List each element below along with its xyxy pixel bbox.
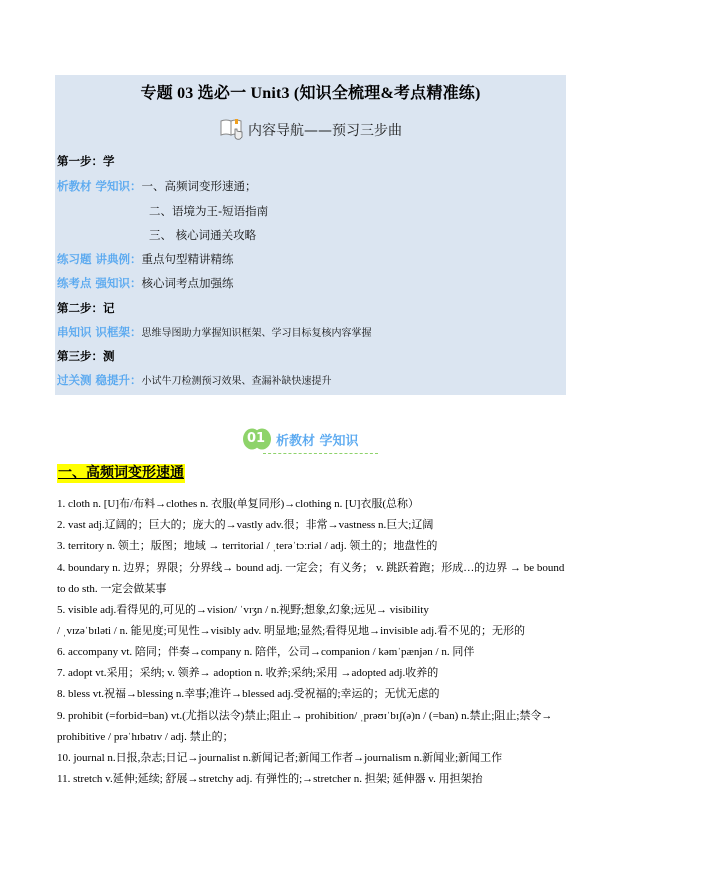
nav-text-1: 一、高频词变形速通；: [142, 179, 257, 193]
nav-label-6: 串知识 识框架：: [57, 325, 142, 339]
navigation-box: 专题 03 选必一 Unit3 (知识全梳理&考点精准练) 内容导航——预习三步…: [55, 75, 566, 395]
nav-label-1: 析教材 学知识：: [57, 179, 142, 193]
step-3-label: 第三步：测: [57, 349, 115, 363]
nav-row-6: 串知识 识框架：思维导图助力掌握知识框架、学习目标复核内容掌握: [57, 324, 372, 340]
highlighted-heading: 一、高频词变形速通: [57, 464, 185, 483]
nav-text-4: 重点句型精讲精练: [142, 252, 234, 266]
vocab-line: 8. bless vt.祝福→blessing n.幸事;准许→blessed …: [57, 685, 440, 701]
section-title: 析教材 学知识: [276, 430, 359, 449]
vocab-line: 7. adopt vt.采用；采纳; v. 领养→ adoption n. 收养…: [57, 664, 438, 680]
nav-subtitle: 内容导航——预习三步曲: [55, 116, 566, 144]
vocab-line: 9. prohibit (=forbid=ban) vt.(尤指以法令)禁止;阻…: [57, 707, 552, 723]
nav-text-3: 三、 核心词通关攻略: [149, 228, 256, 242]
section-dash-divider: [263, 453, 378, 454]
vocab-line: 2. vast adj.辽阔的；巨大的；庞大的→vastly adv.很；非常→…: [57, 516, 433, 532]
nav-label-4: 练习题 讲典例：: [57, 252, 142, 266]
book-pointer-icon: [219, 116, 247, 144]
step-3-row: 第三步：测: [57, 348, 115, 364]
nav-text-6: 思维导图助力掌握知识框架、学习目标复核内容掌握: [142, 328, 372, 339]
nav-row-2: 二、语境为王-短语指南: [149, 203, 268, 219]
step-2-row: 第二步：记: [57, 300, 115, 316]
vocab-line: 3. territory n. 领土；版图；地域 → territorial /…: [57, 537, 437, 553]
vocab-line: to do sth. 一定会做某事: [57, 580, 166, 596]
vocab-line: / ˌvɪzəˈbɪləti / n. 能见度;可见性→visibly adv.…: [57, 622, 525, 638]
vocab-line: 6. accompany vt. 陪同；伴奏→company n. 陪伴，公司→…: [57, 643, 474, 659]
vocab-line: 5. visible adj.看得见的,可见的→vision/ ˈvɪʒn / …: [57, 601, 429, 617]
nav-label-5: 练考点 强知识：: [57, 276, 142, 290]
vocab-line: prohibitive / prəˈhɪbətɪv / adj. 禁止的；: [57, 728, 234, 744]
nav-text-5: 核心词考点加强练: [142, 276, 234, 290]
vocab-line: 11. stretch v.延伸;延续; 舒展→stretchy adj. 有弹…: [57, 770, 483, 786]
step-1-label: 第一步：学: [57, 154, 115, 168]
vocab-line: 10. journal n.日报,杂志;日记→journalist n.新闻记者…: [57, 749, 502, 765]
vocab-line: 1. cloth n. [U]布/布料→clothes n. 衣服(单复同形)→…: [57, 495, 419, 511]
nav-row-1: 析教材 学知识：一、高频词变形速通；: [57, 178, 257, 194]
document-title: 专题 03 选必一 Unit3 (知识全梳理&考点精准练): [55, 80, 566, 103]
vocab-line: 4. boundary n. 边界；界限；分界线→ bound adj. 一定会…: [57, 559, 564, 575]
nav-text-7: 小试牛刀检测预习效果、查漏补缺快速提升: [142, 376, 332, 387]
step-1-row: 第一步：学: [57, 153, 115, 169]
nav-subtitle-text: 内容导航——预习三步曲: [248, 123, 402, 139]
nav-row-5: 练考点 强知识：核心词考点加强练: [57, 275, 234, 291]
nav-row-4: 练习题 讲典例：重点句型精讲精练: [57, 251, 234, 267]
nav-label-7: 过关测 稳提升：: [57, 373, 142, 387]
nav-row-7: 过关测 稳提升：小试牛刀检测预习效果、查漏补缺快速提升: [57, 372, 332, 388]
nav-row-3: 三、 核心词通关攻略: [149, 227, 256, 243]
step-2-label: 第二步：记: [57, 301, 115, 315]
section-number: 01: [247, 431, 265, 446]
nav-text-2: 二、语境为王-短语指南: [149, 204, 268, 218]
